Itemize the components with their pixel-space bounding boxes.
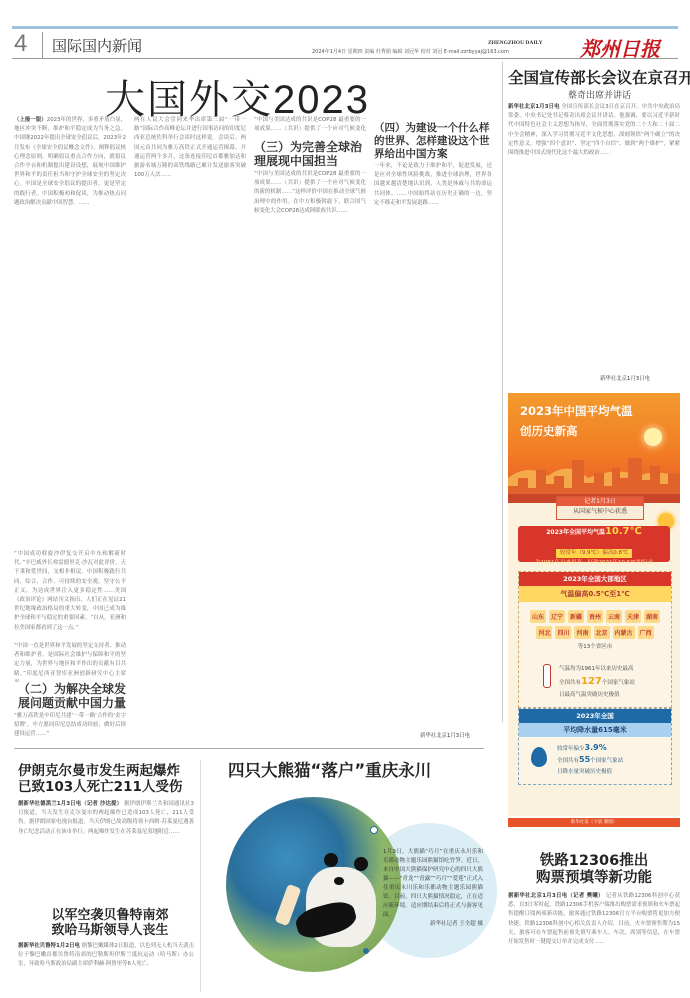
propaganda-meeting-byline: 新华社北京1月3日电	[600, 375, 680, 385]
sun-icon	[644, 428, 662, 446]
precip-station-unit: 个国家气象站	[590, 758, 623, 764]
province-chip: 四川	[555, 626, 571, 639]
temp-avg-value: 10.7℃	[605, 526, 642, 537]
subhead-4: （四）为建设一个什么样的世界、怎样建设这个世界给出中国方案	[374, 122, 492, 161]
dateline: 据新华社德黑兰1月3日电（记者 沙达提）	[18, 801, 122, 807]
precip-station-label: 全国共有	[557, 758, 579, 764]
station-label: 全国共有	[559, 680, 581, 686]
water-drop-icon	[531, 747, 547, 767]
rail-headline: 铁路12306推出 购票预填等新功能	[536, 853, 652, 887]
iran-headline-line2: 已致103人死亡211人受伤	[18, 779, 182, 795]
regional-subheader: 气温偏高0.5℃至1℃	[519, 586, 671, 602]
province-chip: 湖南	[644, 610, 660, 623]
column-rule	[502, 62, 503, 722]
feature-column-2: 两在人民大会堂同来华出席第三届“一带一路”国际合作高峰论坛并进行国事访问的印度尼…	[134, 116, 246, 742]
panda-caption: 1月3日，大熊猫“巧月”在重庆永川乐和乐都动物主题乐园熊猫馆吃竹笋。近日，来自中…	[383, 848, 483, 929]
dateline: 据新华社北京1月3日电（记者 樊曦）	[508, 893, 604, 899]
israel-headline-line2: 致哈马斯领导人丧生	[40, 923, 180, 938]
infographic-banner: 2023年中国平均气温 创历史新高	[508, 393, 680, 503]
israel-headline: 以军空袭贝鲁特南郊 致哈马斯领导人丧生	[40, 908, 180, 938]
infographic-source-badge: 记者1月3日 从国家气候中心获悉	[556, 496, 644, 520]
panda-headline: 四只大熊猫“落户”重庆永川	[228, 757, 431, 781]
province-chip: 新疆	[568, 610, 584, 623]
panda-photo	[226, 797, 401, 972]
rail-body: 据新华社北京1月3日电（记者 樊曦） 记者从铁路12306科创中心获悉，自3日零…	[508, 892, 680, 988]
feature-column-1: （上接一版）2023年的世界，多重矛盾凸显，地区冲突不断，维护和平稳定成为当务之…	[14, 116, 126, 541]
province-chip: 河北	[536, 626, 552, 639]
caption-text: 1月3日，大熊猫“巧月”在重庆永川乐和乐都动物主题乐园熊猫馆吃竹笋。近日，来自中…	[383, 849, 483, 918]
province-chip: 广西	[638, 626, 654, 639]
paper-name-english: ZHENGZHOU DAILY	[488, 40, 543, 46]
temp-record: 为1961年以来最高，打破2021年10.5℃的纪录	[518, 558, 670, 568]
panda-eye	[334, 877, 344, 885]
province-chip: 云南	[606, 610, 622, 623]
infographic-title-line2: 创历史新高	[520, 421, 633, 441]
province-chip: 辽宁	[549, 610, 565, 623]
propaganda-meeting-headline: 全国宣传部长会议在京召开	[508, 66, 690, 88]
province-list: 山东 辽宁 新疆 贵州 云南 天津 湖南 河北 四川 河南 北京 内蒙古 广西 …	[525, 610, 665, 650]
regional-temperature-box: 2023年全国大部地区 气温偏高0.5℃至1℃ 山东 辽宁 新疆 贵州 云南 天…	[518, 571, 672, 708]
photo-credit: 新华社记者 王全超 摄	[383, 920, 483, 929]
israel-body: 据新华社贝鲁特1月2日电 据黎巴嫩媒体2日报道，以色列无人机当天袭击位于黎巴嫩首…	[18, 942, 194, 982]
panda-ear	[324, 853, 338, 867]
feature-column-1-quote: “中国成功斡旋沙伊复交开启中东和解新时代。”辛巴威外长弗雷德里克·沙瓦对此评价。…	[14, 550, 126, 642]
feature-column-1-tail: “雅万高铁是中印尼共建‘一带一路’合作的‘金字招牌’，中方愿同印尼总结成功经验，…	[14, 712, 126, 742]
thermometer-icon	[543, 664, 551, 688]
feature-column-4: 一年来，不论是致力于维护和平，促进发展，还是应对全球性风险挑战，推进全球治理，世…	[374, 162, 492, 732]
temp-avg-line: 2023年全国平均气温10.7℃	[518, 526, 670, 539]
temperature-infographic: 2023年中国平均气温 创历史新高 记者1月3日 从国家气候中心获悉 2023年…	[508, 393, 680, 816]
feature-column-3-top: “中国与美国达成的共识是COP28 最重要的一项成果……（共识）提供了一个应对气…	[254, 116, 366, 134]
iran-body: 据新华社德黑兰1月3日电（记者 沙达提） 据伊朗伊斯兰共和国通讯社3日报道，当天…	[18, 800, 194, 900]
badge-source: 从国家气候中心获悉	[557, 506, 643, 518]
header-divider	[42, 32, 43, 58]
regional-header: 2023年全国大部地区	[519, 572, 671, 586]
precip-record-text: 日降水量突破历史极值	[557, 767, 612, 775]
precip-subheader: 平均降水量615毫米	[519, 723, 671, 737]
station-record-text: 日最高气温突破历史极值	[559, 690, 620, 698]
precip-header: 2023年全国	[519, 709, 671, 723]
body-text: 全国宣传部长会议3日在京召开。中共中央政治局常委、中央书记处书记蔡奇出席会议并讲…	[508, 104, 680, 156]
province-chip: 北京	[594, 626, 610, 639]
province-note: 等13个省区市	[578, 642, 613, 650]
province-chip: 内蒙古	[613, 626, 635, 639]
lead-mark: （上接一版）	[14, 117, 47, 123]
province-chip: 贵州	[587, 610, 603, 623]
city-skyline-icon	[508, 448, 680, 503]
feature-column-1-quote2: “中国一直是世界和平发展的坚定支持者、推动者和维护者，是国际社会维护与保障和平的…	[14, 642, 126, 682]
dateline: 新华社北京1月3日电	[508, 104, 560, 110]
propaganda-meeting-body: 新华社北京1月3日电 全国宣传部长会议3日在京召开。中共中央政治局常委、中央书记…	[508, 103, 680, 373]
temp-compare: 较常年（9.9℃）偏高0.8℃	[556, 549, 632, 558]
rail-headline-line1: 铁路12306推出	[536, 853, 652, 870]
infographic-title: 2023年中国平均气温 创历史新高	[520, 401, 633, 441]
infographic-credit: 新华社发（卞晨 制图）	[508, 818, 680, 827]
column-rule-bottom	[200, 760, 201, 992]
header-top-rule	[12, 26, 678, 29]
precip-station-line: 全国共有55个国家气象站	[557, 755, 623, 764]
panda-ear	[354, 857, 368, 871]
body-text: 记者从铁路12306科创中心获悉，自3日零时起，铁路12306手机客户端推出购票…	[508, 893, 680, 945]
precip-change-label: 较常年偏少	[557, 746, 585, 752]
regional-record-text: 气温均为1961年以来历史最高	[559, 664, 634, 672]
temperature-summary-box: 2023年全国平均气温10.7℃ 较常年（9.9℃）偏高0.8℃ 为1961年以…	[518, 526, 670, 562]
header-bottom-rule	[12, 58, 678, 59]
temp-avg-label: 2023年全国平均气温	[546, 529, 605, 536]
caption-pointer-dot	[370, 826, 378, 834]
dateline: 据新华社贝鲁特1月2日电	[18, 943, 80, 949]
rail-headline-line2: 购票预填等新功能	[536, 870, 652, 887]
badge-date: 记者1月3日	[557, 497, 643, 506]
infographic-title-line1: 2023年中国平均气温	[520, 401, 633, 421]
feature-byline: 新华社北京1月3日电	[420, 732, 500, 742]
propaganda-meeting-subheadline: 蔡奇出席并讲话	[568, 88, 631, 101]
precipitation-box: 2023年全国 平均降水量615毫米 较常年偏少3.9% 全国共有55个国家气象…	[518, 708, 672, 785]
precip-change-line: 较常年偏少3.9%	[557, 743, 607, 752]
province-chip: 河南	[574, 626, 590, 639]
israel-headline-line1: 以军空袭贝鲁特南郊	[40, 908, 180, 923]
precip-station-count: 55	[579, 755, 590, 764]
issue-meta: 2024年1月4日 星期四 责编 杜秀娟 编辑 刘冠华 校对 刘冠 E-mail…	[312, 48, 509, 55]
page-number: 4	[14, 30, 27, 58]
iran-headline-line1: 伊朗克尔曼市发生两起爆炸	[18, 763, 182, 779]
station-count: 127	[581, 676, 602, 687]
province-chip: 天津	[625, 610, 641, 623]
caption-pointer-dot	[363, 948, 369, 954]
station-count-line: 全国共有127个国家气象站	[559, 676, 635, 687]
subhead-3: （三）为完善全球治理展现中国担当	[254, 140, 366, 168]
subhead-2: （二）为解决全球发展问题贡献中国力量	[18, 682, 130, 710]
section-title: 国际国内新闻	[52, 35, 142, 56]
iran-headline: 伊朗克尔曼市发生两起爆炸 已致103人死亡211人受伤	[18, 763, 182, 795]
station-unit: 个国家气象站	[602, 680, 635, 686]
feature-body-1: 2023年的世界，多重矛盾凸显，地区冲突不断，维护和平稳定成为当务之急。中国继2…	[14, 117, 126, 206]
precip-change-value: 3.9%	[585, 743, 607, 752]
feature-column-3: “中国与美国达成的共识是COP28 最重要的一项成果……（共识）提供了一个应对气…	[254, 170, 366, 742]
province-chip: 山东	[530, 610, 546, 623]
section-rule	[14, 748, 484, 749]
